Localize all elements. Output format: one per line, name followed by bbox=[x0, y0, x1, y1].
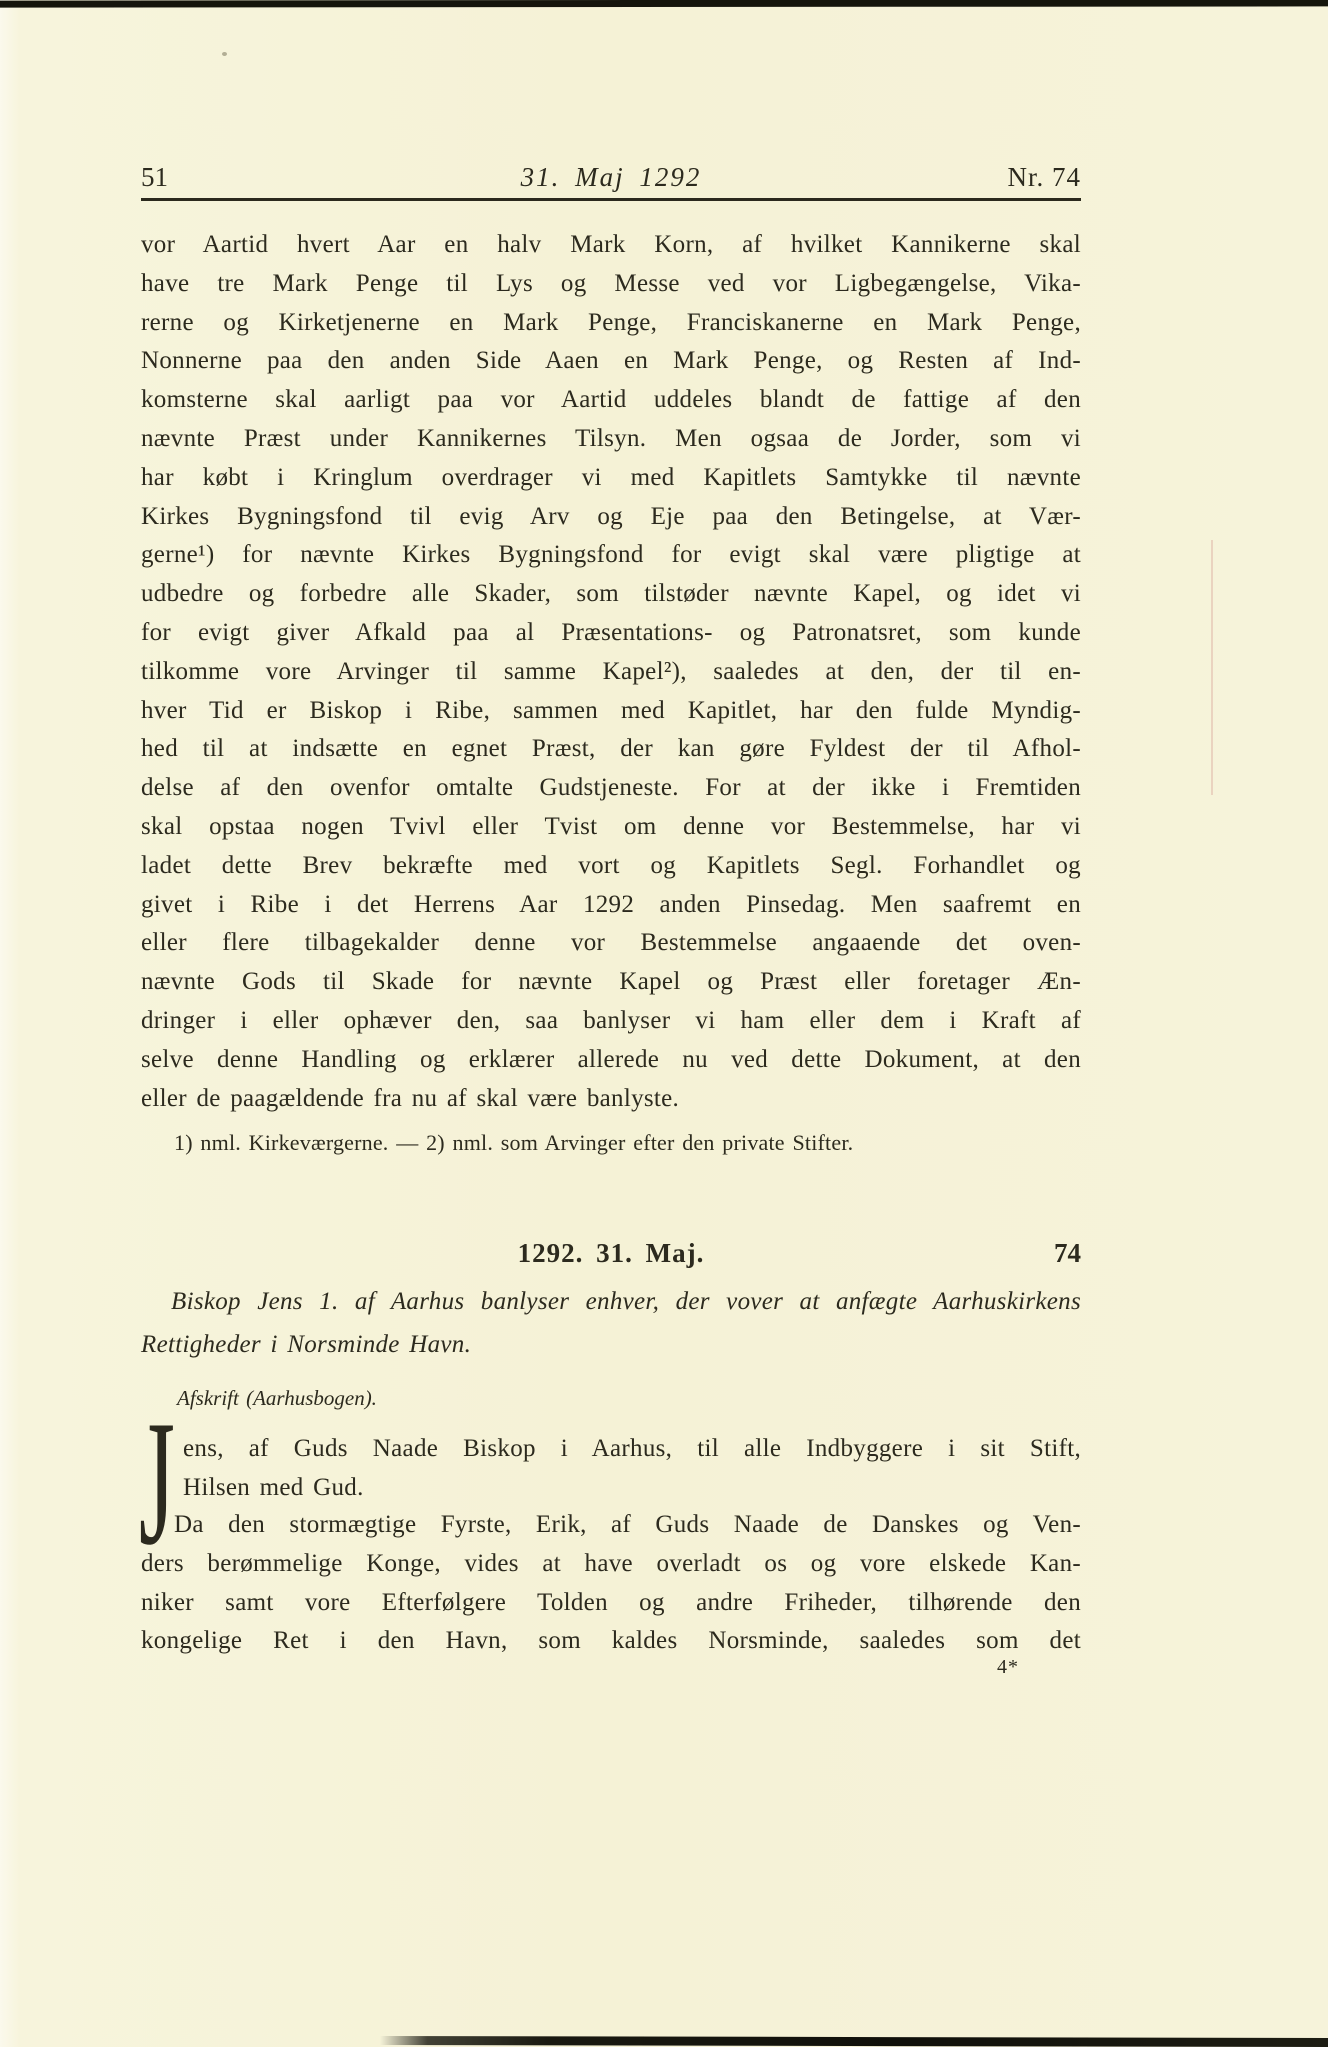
text-line: tilkomme vore Arvinger til samme Kapel²)… bbox=[141, 653, 1081, 692]
text-line: for evigt giver Afkald paa al Præsentati… bbox=[141, 614, 1081, 653]
entry-74-heading-date: 1292. 31. Maj. bbox=[141, 1238, 1081, 1269]
header-rule bbox=[141, 198, 1081, 201]
text-column: 51 31. Maj 1292 Nr. 74 vor Aartid hvert … bbox=[141, 0, 1081, 2047]
entry-74-body: Da den stormægtige Fyrste, Erik, af Guds… bbox=[141, 1506, 1081, 1661]
entry-73-body-last-line: eller de paagældende fra nu af skal være… bbox=[141, 1080, 1081, 1119]
text-line: rerne og Kirketjenerne en Mark Penge, Fr… bbox=[141, 304, 1081, 343]
entry-74-salutation-first-line: ens, af Guds Naade Biskop i Aarhus, til … bbox=[141, 1430, 1081, 1469]
text-line: Nonnerne paa den anden Side Aaen en Mark… bbox=[141, 342, 1081, 381]
text-line: komsterne skal aarligt paa vor Aartid ud… bbox=[141, 381, 1081, 420]
text-line: dringer i eller ophæver den, saa banlyse… bbox=[141, 1002, 1081, 1041]
text-line: ders berømmelige Konge, vides at have ov… bbox=[141, 1545, 1081, 1584]
text-line: eller flere tilbagekalder denne vor Best… bbox=[141, 924, 1081, 963]
text-line: have tre Mark Penge til Lys og Messe ved… bbox=[141, 265, 1081, 304]
entry-74-heading-number: 74 bbox=[1054, 1238, 1081, 1269]
text-line: hed til at indsætte en egnet Præst, der … bbox=[141, 730, 1081, 769]
text-line: vor Aartid hvert Aar en halv Mark Korn, … bbox=[141, 226, 1081, 265]
entry-74-source-note: Afskrift (Aarhusbogen). bbox=[177, 1384, 377, 1412]
text-line: givet i Ribe i det Herrens Aar 1292 ande… bbox=[141, 886, 1081, 925]
text-line: udbedre og forbedre alle Skader, som til… bbox=[141, 575, 1081, 614]
running-head: 51 31. Maj 1292 Nr. 74 bbox=[141, 162, 1081, 196]
scan-artifact-line bbox=[1211, 540, 1213, 795]
scanned-page: 51 31. Maj 1292 Nr. 74 vor Aartid hvert … bbox=[0, 0, 1328, 2047]
running-head-entry-ref: Nr. 74 bbox=[1008, 162, 1082, 193]
text-line: skal opstaa nogen Tvivl eller Tvist om d… bbox=[141, 808, 1081, 847]
entry-74-summary-last-line: Rettigheder i Norsminde Havn. bbox=[141, 1326, 471, 1365]
entry-74-summary-first-line: Biskop Jens 1. af Aarhus banlyser enhver… bbox=[141, 1283, 1081, 1322]
signature-mark: 4* bbox=[997, 1656, 1019, 1679]
text-line: hver Tid er Biskop i Ribe, sammen med Ka… bbox=[141, 692, 1081, 731]
text-line: Da den stormægtige Fyrste, Erik, af Guds… bbox=[141, 1506, 1081, 1545]
text-line: delse af den ovenfor omtalte Gudstjenest… bbox=[141, 769, 1081, 808]
text-line: kongelige Ret i den Havn, som kaldes Nor… bbox=[141, 1622, 1081, 1661]
entry-73-body: vor Aartid hvert Aar en halv Mark Korn, … bbox=[141, 226, 1081, 1080]
text-line: niker samt vore Efterfølgere Tolden og a… bbox=[141, 1584, 1081, 1623]
text-line: gerne¹) for nævnte Kirkes Bygningsfond f… bbox=[141, 536, 1081, 575]
text-line: selve denne Handling og erklærer allered… bbox=[141, 1041, 1081, 1080]
text-line: har købt i Kringlum overdrager vi med Ka… bbox=[141, 459, 1081, 498]
text-line: nævnte Gods til Skade for nævnte Kapel o… bbox=[141, 963, 1081, 1002]
entry-74-heading: 1292. 31. Maj. 74 bbox=[141, 1238, 1081, 1274]
text-line: Kirkes Bygningsfond til evig Arv og Eje … bbox=[141, 498, 1081, 537]
entry-73-footnote: 1) nml. Kirkeværgerne. — 2) nml. som Arv… bbox=[174, 1128, 853, 1158]
entry-74-salutation-last-line: Hilsen med Gud. bbox=[183, 1469, 364, 1508]
running-head-date: 31. Maj 1292 bbox=[141, 162, 1081, 193]
text-line: nævnte Præst under Kannikernes Tilsyn. M… bbox=[141, 420, 1081, 459]
text-line: ladet dette Brev bekræfte med vort og Ka… bbox=[141, 847, 1081, 886]
